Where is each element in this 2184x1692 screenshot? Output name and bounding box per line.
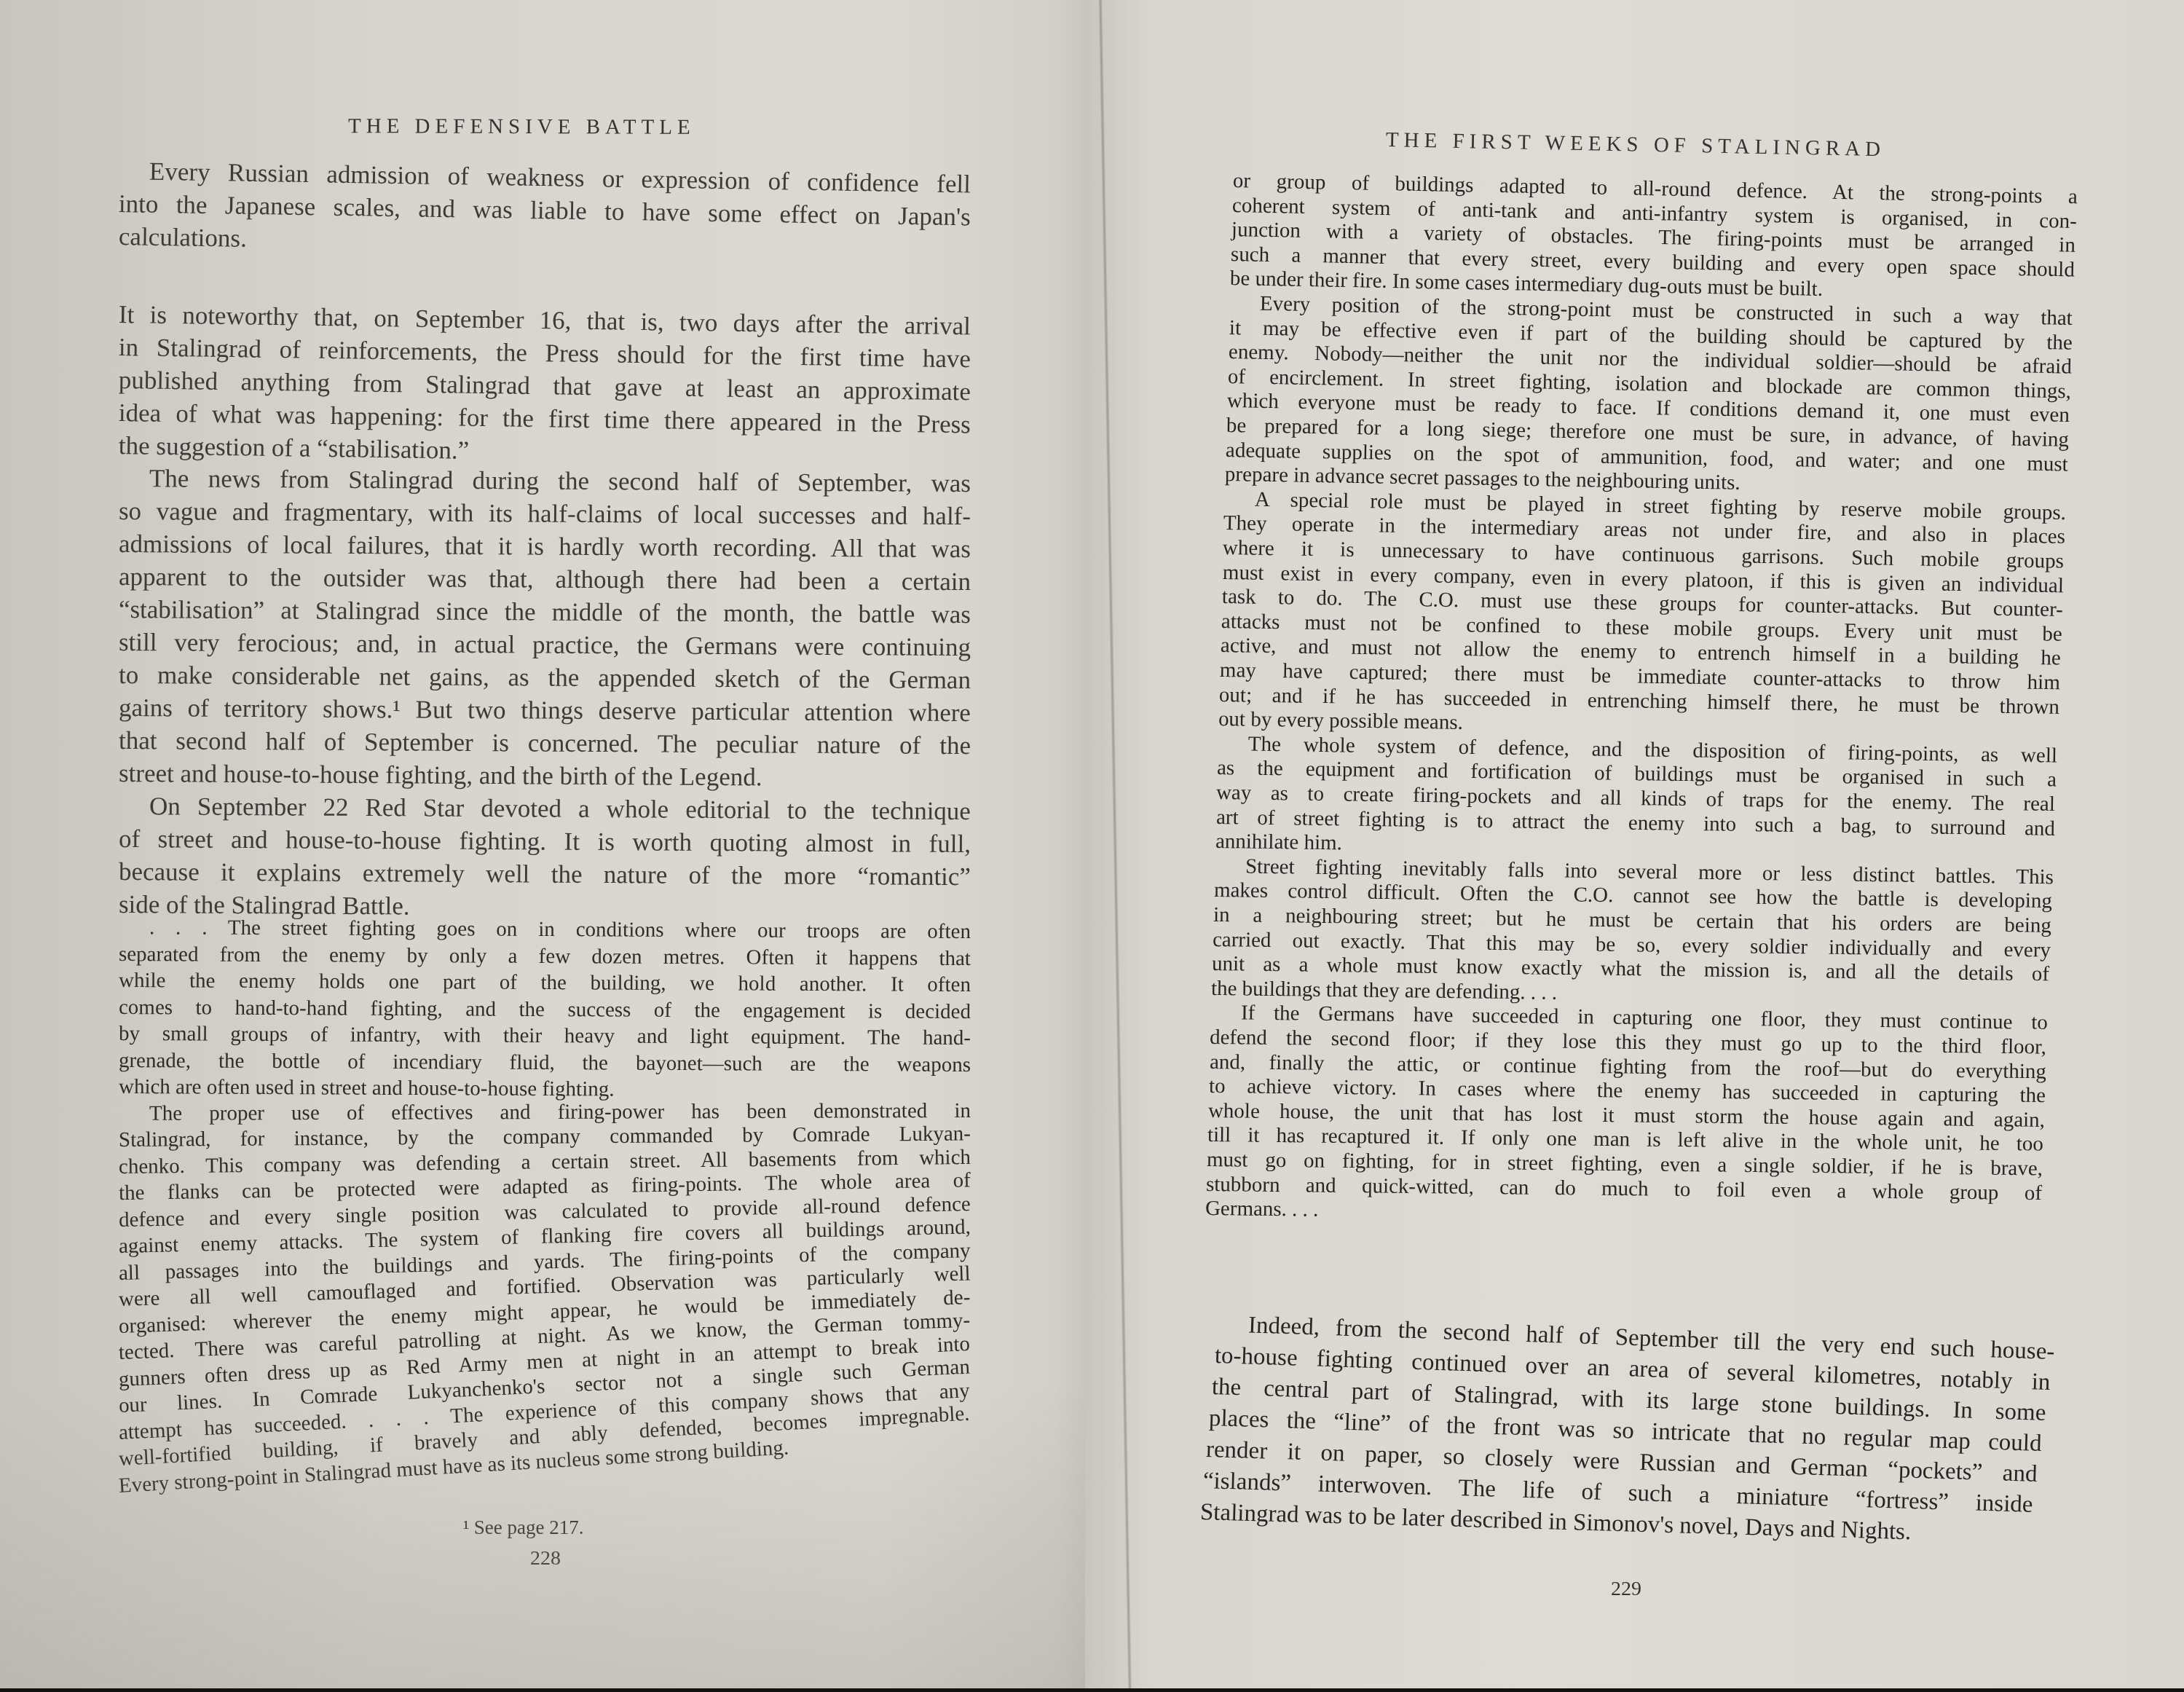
- text-line: because it explains extremely well the n…: [119, 857, 971, 892]
- text-line: while the enemy holds one part of the bu…: [119, 969, 971, 997]
- text-line: separated from the enemy by only a few d…: [119, 943, 971, 971]
- left-page: THE DEFENSIVE BATTLE Every Russian admis…: [0, 0, 1100, 1688]
- text-line: still very ferocious; and, in actual pra…: [119, 628, 971, 662]
- right-page: THE FIRST WEEKS OF STALINGRAD or group o…: [1085, 0, 2184, 1688]
- page-number-right: 229: [1611, 1578, 1641, 1601]
- text-line: to make considerable net gains, as the a…: [119, 661, 971, 695]
- running-head-left: THE DEFENSIVE BATTLE: [348, 114, 695, 140]
- text-line: grenade, the bottle of incendiary fluid,…: [119, 1049, 971, 1077]
- text-line: The proper use of effectives and firing-…: [119, 1098, 971, 1125]
- page-number-left: 228: [530, 1547, 561, 1570]
- bottom-edge: [0, 1688, 2184, 1692]
- text-line: . . . The street fighting goes on in con…: [119, 916, 971, 944]
- footnote: ¹ See page 217.: [463, 1516, 584, 1539]
- text-line: On September 22 Red Star devoted a whole…: [119, 792, 971, 826]
- text-line: comes to hand-to-hand fighting, and the …: [119, 996, 971, 1024]
- text-line: by small groups of infantry, with their …: [119, 1022, 971, 1050]
- running-head-right: THE FIRST WEEKS OF STALINGRAD: [1386, 128, 1886, 162]
- text-line: gains of territory shows.¹ But two thing…: [119, 693, 971, 728]
- text-line: that second half of September is concern…: [119, 726, 971, 760]
- text-line: “stabilisation” at Stalingrad since the …: [119, 595, 971, 629]
- text-line: so vague and fragmentary, with its half-…: [119, 497, 971, 531]
- text-line: of street and house-to-house fighting. I…: [119, 825, 971, 859]
- text-line: The news from Stalingrad during the seco…: [119, 464, 971, 498]
- text-line: admissions of local failures, that it is…: [119, 530, 971, 564]
- text-line: street and house-to-house fighting, and …: [119, 759, 971, 793]
- text-line: apparent to the outsider was that, altho…: [119, 562, 971, 597]
